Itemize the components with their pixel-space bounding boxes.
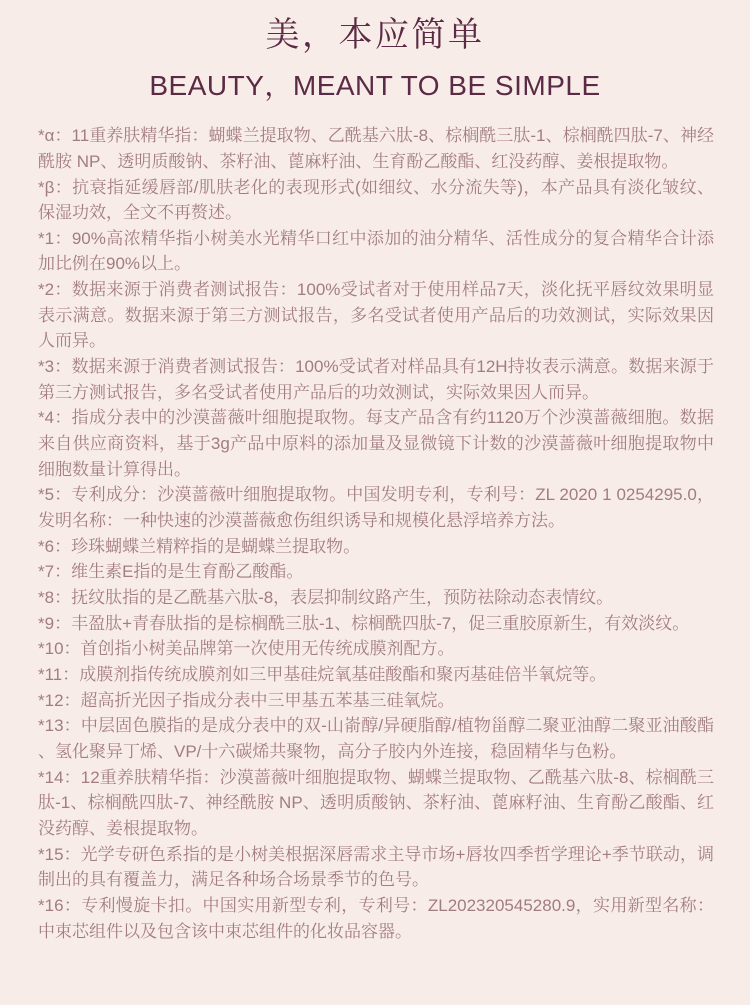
footnote-item: *12：超高折光因子指成分表中三甲基五苯基三硅氧烷。 [38, 688, 714, 714]
footnote-item: *3：数据来源于消费者测试报告：100%受试者对样品具有12H持妆表示满意。数据… [38, 354, 714, 405]
footnote-item: *6：珍珠蝴蝶兰精粹指的是蝴蝶兰提取物。 [38, 534, 714, 560]
footnote-item: *5：专利成分：沙漠蔷薇叶细胞提取物。中国发明专利，专利号：ZL 2020 1 … [38, 482, 714, 533]
page-subtitle: BEAUTY，MEANT TO BE SIMPLE [0, 71, 750, 102]
disclaimer-page: 美，本应简单 BEAUTY，MEANT TO BE SIMPLE *α：11重养… [0, 0, 750, 1005]
footnote-item: *10：首创指小树美品牌第一次使用无传统成膜剂配方。 [38, 636, 714, 662]
footnote-item: *1：90%高浓精华指小树美水光精华口红中添加的油分精华、活性成分的复合精华合计… [38, 226, 714, 277]
footnote-item: *α：11重养肤精华指：蝴蝶兰提取物、乙酰基六肽-8、棕榈酰三肽-1、棕榈酰四肽… [38, 123, 714, 174]
footnote-item: *8：抚纹肽指的是乙酰基六肽-8，表层抑制纹路产生，预防祛除动态表情纹。 [38, 585, 714, 611]
footnote-item: *13：中层固色膜指的是成分表中的双-山嵛醇/异硬脂醇/植物甾醇二聚亚油醇二聚亚… [38, 713, 714, 764]
footnote-item: *15：光学专研色系指的是小树美根据深唇需求主导市场+唇妆四季哲学理论+季节联动… [38, 842, 714, 893]
footnote-item: *2：数据来源于消费者测试报告：100%受试者对于使用样品7天，淡化抚平唇纹效果… [38, 277, 714, 354]
footnote-item: *14：12重养肤精华指：沙漠蔷薇叶细胞提取物、蝴蝶兰提取物、乙酰基六肽-8、棕… [38, 765, 714, 842]
page-title: 美，本应简单 [0, 0, 750, 54]
footnote-item: *7：维生素E指的是生育酚乙酸酯。 [38, 559, 714, 585]
footnote-item: *16：专利慢旋卡扣。中国实用新型专利，专利号：ZL202320545280.9… [38, 893, 714, 944]
footnote-item: *β：抗衰指延缓唇部/肌肤老化的表现形式(如细纹、水分流失等)，本产品具有淡化皱… [38, 175, 714, 226]
footnote-item: *9：丰盈肽+青春肽指的是棕榈酰三肽-1、棕榈酰四肽-7，促三重胶原新生，有效淡… [38, 611, 714, 637]
footnote-item: *11：成膜剂指传统成膜剂如三甲基硅烷氧基硅酸酯和聚丙基硅倍半氧烷等。 [38, 662, 714, 688]
footnotes-list: *α：11重养肤精华指：蝴蝶兰提取物、乙酰基六肽-8、棕榈酰三肽-1、棕榈酰四肽… [38, 123, 714, 944]
footnote-item: *4：指成分表中的沙漠蔷薇叶细胞提取物。每支产品含有约1120万个沙漠蔷薇细胞。… [38, 405, 714, 482]
